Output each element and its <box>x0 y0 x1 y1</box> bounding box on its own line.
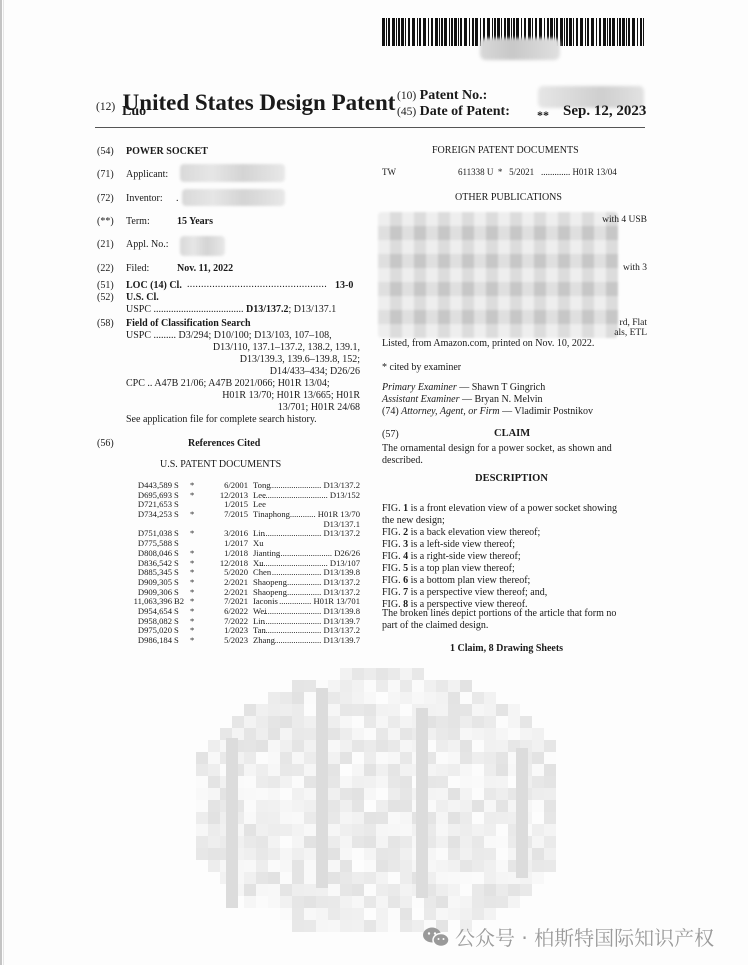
applicant-label: Applicant: <box>126 169 168 181</box>
search-line: D14/433–434; D26/26 <box>270 366 360 378</box>
inid-term: (**) <box>97 216 114 227</box>
reference-kind: S <box>174 636 179 646</box>
figure-description: FIG. 6 is a bottom plan view thereof; <box>382 575 530 587</box>
inid-22: (22) <box>97 263 114 274</box>
inid-21: (21) <box>97 239 114 250</box>
publication-line: Listed, from Amazon.com, printed on Nov.… <box>382 338 594 350</box>
date-of-patent: Sep. 12, 2023 <box>563 103 646 120</box>
uspc-line: USPC ...................................… <box>126 304 336 316</box>
date-marker: ** <box>537 108 549 123</box>
figure-description: FIG. 4 is a right-side view thereof; <box>382 551 521 563</box>
figure-description: FIG. 3 is a left-side view thereof; <box>382 539 515 551</box>
description-title: DESCRIPTION <box>475 473 548 485</box>
attorney: (74) Attorney, Agent, or Firm — Vladimir… <box>382 406 593 418</box>
redacted-appl-no <box>180 236 225 256</box>
claims-sheets-summary: 1 Claim, 8 Drawing Sheets <box>450 643 563 655</box>
search-line: CPC .. A47B 21/06; A47B 2021/066; H01R 1… <box>126 378 330 390</box>
inid-52: (52) <box>97 292 114 303</box>
inid-56: (56) <box>97 438 114 449</box>
field-of-search-label: Field of Classification Search <box>126 318 251 330</box>
reference-star: * <box>190 510 194 520</box>
filed-label: Filed: <box>126 263 149 275</box>
claim-text: The ornamental design for a power socket… <box>382 443 612 455</box>
inventor-label: Inventor: <box>126 193 163 205</box>
patent-title: United States Design Patent <box>123 90 396 115</box>
inventor-prefix: . <box>176 193 179 205</box>
us-patent-documents-title: U.S. PATENT DOCUMENTS <box>160 459 281 471</box>
invention-title: POWER SOCKET <box>126 146 208 158</box>
filed-date: Nov. 11, 2022 <box>177 263 233 275</box>
page-edge-inner <box>3 0 4 965</box>
us-cl-label: U.S. Cl. <box>126 292 159 304</box>
leader-dots: ........................................… <box>187 279 327 291</box>
date-of-patent-label: (45) Date of Patent: <box>397 104 510 120</box>
figure-description: the new design; <box>382 515 445 527</box>
redacted-design-drawing <box>196 668 556 930</box>
loc-label: LOC (14) Cl. <box>126 280 182 292</box>
broken-lines-note: The broken lines depict portions of the … <box>382 608 616 620</box>
figure-description: FIG. 5 is a top plan view thereof; <box>382 563 515 575</box>
inid-72: (72) <box>97 193 114 204</box>
foreign-doc-details: 611338 U * 5/2021 ............. H01R 13/… <box>458 166 617 178</box>
search-line: See application file for complete search… <box>126 414 317 426</box>
redacted-barcode-number <box>480 38 560 60</box>
reference-star: * <box>190 636 194 646</box>
reference-star: * <box>190 529 194 539</box>
cited-by-examiner-note: * cited by examiner <box>382 362 461 374</box>
inid-51: (51) <box>97 280 114 291</box>
term-label: Term: <box>126 216 150 228</box>
claim-text: described. <box>382 455 423 467</box>
figure-description: FIG. 7 is a perspective view thereof; an… <box>382 587 547 599</box>
reference-no: D986,184 <box>110 636 172 646</box>
inid-71: (71) <box>97 169 114 180</box>
header-rule <box>95 127 645 128</box>
claim-title: CLAIM <box>494 428 530 440</box>
redacted-publications <box>378 212 618 338</box>
reference-no: D734,253 <box>110 510 172 520</box>
redacted-inventor <box>182 189 285 206</box>
patent-number-label: (10) Patent No.: <box>397 88 487 104</box>
publication-fragment: als, ETL <box>614 327 647 339</box>
publication-fragment: with 3 <box>623 262 647 274</box>
figure-description: FIG. 1 is a front elevation view of a po… <box>382 503 617 515</box>
search-line: D13/139.3, 139.6–139.8, 152; <box>240 354 360 366</box>
reference-star: * <box>190 491 194 501</box>
inid-58: (58) <box>97 318 114 329</box>
figure-description: FIG. 2 is a back elevation view thereof; <box>382 527 540 539</box>
assistant-examiner: Assistant Examiner — Bryan N. Melvin <box>382 394 543 406</box>
search-line: 13/701; H01R 24/68 <box>278 402 360 414</box>
inid-54: (54) <box>97 146 114 157</box>
foreign-doc-row: TW <box>382 166 396 178</box>
search-line: D13/110, 137.1–137.2, 138.2, 139.1, <box>213 342 360 354</box>
wechat-icon <box>421 926 451 948</box>
reference-cls: ...................... D13/139.7 <box>220 636 360 646</box>
reference-kind: S <box>174 510 179 520</box>
page-edge <box>0 0 2 965</box>
foreign-patent-documents-title: FOREIGN PATENT DOCUMENTS <box>432 145 579 157</box>
inid-code: (12) <box>96 101 115 113</box>
redacted-applicant <box>180 164 285 182</box>
broken-lines-note: part of the claimed design. <box>382 620 488 632</box>
loc-value: 13-0 <box>335 280 353 292</box>
other-publications-title: OTHER PUBLICATIONS <box>455 192 562 204</box>
references-cited-title: References Cited <box>188 438 260 450</box>
search-line: H01R 13/70; H01R 13/665; H01R <box>222 390 360 402</box>
inid-57: (57) <box>382 429 399 440</box>
inventor-surname: Luo <box>122 104 146 120</box>
appl-no-label: Appl. No.: <box>126 239 169 251</box>
watermark-text: 公众号 · 柏斯特国际知识产权 <box>455 922 714 951</box>
term-value: 15 Years <box>177 216 213 228</box>
primary-examiner: Primary Examiner — Shawn T Gingrich <box>382 382 545 394</box>
search-line: USPC ......... D3/294; D10/100; D13/103,… <box>126 330 332 342</box>
publication-fragment: with 4 USB <box>602 214 647 226</box>
